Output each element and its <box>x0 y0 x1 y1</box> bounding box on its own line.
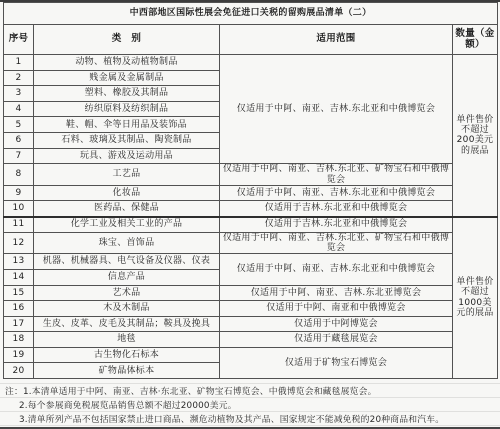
blank-row <box>0 367 500 384</box>
header-category: 类 别 <box>34 25 220 55</box>
header-scope: 适用范围 <box>220 25 453 55</box>
row-number-cell: 16 <box>4 301 34 317</box>
category-cell: 机器、机械器具、电气设备及仪器、仪表 <box>34 254 220 270</box>
scope-cell: 仅适用于吉林.东北亚和中俄博览会 <box>220 217 453 233</box>
row-number-cell: 1 <box>4 55 34 71</box>
row-number-cell: 15 <box>4 285 34 301</box>
row-number-cell: 10 <box>4 201 34 217</box>
footnotes: 注：1.本清单适用于中阿、南亚、吉林·东北亚、矿物宝石博览会、中俄博览会和藏毯展… <box>0 367 500 426</box>
table-row: 13 机器、机械器具、电气设备及仪器、仪表 仅适用于中阿、南亚、吉林.东北亚和中… <box>4 254 498 270</box>
table-row: 11 化学工业及相关工业的产品 仅适用于吉林.东北亚和中俄博览会 单件售价不超过… <box>4 217 498 233</box>
scope-cell: 仅适用于中阿、南亚、吉林.东北亚、矿物宝石和中俄博览会 <box>220 232 453 254</box>
row-number-cell: 11 <box>4 217 34 233</box>
category-cell: 化妆品 <box>34 185 220 201</box>
category-cell: 鞋、帽、伞等日用品及装饰品 <box>34 117 220 133</box>
row-number-cell: 3 <box>4 86 34 102</box>
quantity-cell: 单件售价不超过1000美元的展品 <box>453 217 498 379</box>
row-number-cell: 7 <box>4 148 34 164</box>
table-row: 9 化妆品 仅适用于中阿、南亚、吉林.东北亚和中俄博览会 <box>4 185 498 201</box>
row-number-cell: 6 <box>4 132 34 148</box>
category-cell: 石料、玻璃及其制品、陶瓷制品 <box>34 132 220 148</box>
page-title: 中西部地区国际性展会免征进口关税的留购展品清单（二） <box>4 3 498 25</box>
table-header-row: 序号 类 别 适用范围 数量（金额） <box>4 25 498 55</box>
row-number-cell: 12 <box>4 232 34 254</box>
scope-cell: 仅适用于吉林.东北亚和中俄博览会 <box>220 201 453 217</box>
document-page: 中西部地区国际性展会免征进口关税的留购展品清单（二） 序号 类 别 适用范围 数… <box>0 0 500 429</box>
row-number-cell: 17 <box>4 316 34 332</box>
category-cell: 动物、植物及动植物制品 <box>34 55 220 71</box>
category-cell: 纺织原料及纺织制品 <box>34 101 220 117</box>
scope-cell: 仅适用于中阿、南亚和中俄博览会 <box>220 301 453 317</box>
table-row: 8 工艺品 仅适用于中阿、南亚、吉林.东北亚、矿物宝石和中俄博览会 <box>4 164 498 186</box>
scope-cell: 仅适用于中阿、南亚、吉林.东北亚和中俄博览会 <box>220 254 453 285</box>
row-number-cell: 13 <box>4 254 34 270</box>
row-number-cell: 9 <box>4 185 34 201</box>
category-cell: 塑料、橡胶及其制品 <box>34 86 220 102</box>
category-cell: 地毯 <box>34 332 220 348</box>
table-row: 15 艺术品 仅适用于中阿、南亚、吉林.东北亚博览会 <box>4 285 498 301</box>
scope-cell: 仅适用于中阿、南亚、吉林.东北亚博览会 <box>220 285 453 301</box>
row-number-cell: 4 <box>4 101 34 117</box>
header-qty: 数量（金额） <box>453 25 498 55</box>
exhibition-items-table: 中西部地区国际性展会免征进口关税的留购展品清单（二） 序号 类 别 适用范围 数… <box>3 2 498 379</box>
scope-cell: 仅适用于藏毯展览会 <box>220 332 453 348</box>
title-row: 中西部地区国际性展会免征进口关税的留购展品清单（二） <box>4 3 498 25</box>
footnote-2: 2.每个参展商免税展览品销售总额不超过20000美元。 <box>0 398 500 412</box>
category-cell: 木及木制品 <box>34 301 220 317</box>
row-number-cell: 18 <box>4 332 34 348</box>
row-number-cell: 5 <box>4 117 34 133</box>
row-number-cell: 2 <box>4 70 34 86</box>
category-cell: 珠宝、首饰品 <box>34 232 220 254</box>
row-number-cell: 19 <box>4 347 34 363</box>
scope-cell: 仅适用于中阿、南亚、吉林.东北亚、矿物宝石和中俄博览会 <box>220 164 453 186</box>
footnote-1: 注：1.本清单适用于中阿、南亚、吉林·东北亚、矿物宝石博览会、中俄博览会和藏毯展… <box>0 384 500 398</box>
table-row: 18 地毯 仅适用于藏毯展览会 <box>4 332 498 348</box>
category-cell: 古生物化石标本 <box>34 347 220 363</box>
scope-cell: 仅适用于中阿博览会 <box>220 316 453 332</box>
category-cell: 医药品、保健品 <box>34 201 220 217</box>
category-cell: 生皮、皮革、皮毛及其制品；鞍具及挽具 <box>34 316 220 332</box>
category-cell: 工艺品 <box>34 164 220 186</box>
category-cell: 玩具、游戏及运动用品 <box>34 148 220 164</box>
table-row: 12 珠宝、首饰品 仅适用于中阿、南亚、吉林.东北亚、矿物宝石和中俄博览会 <box>4 232 498 254</box>
quantity-cell: 单件售价不超过200美元的展品 <box>453 55 498 217</box>
table-row: 17 生皮、皮革、皮毛及其制品；鞍具及挽具 仅适用于中阿博览会 <box>4 316 498 332</box>
table-row: 19 古生物化石标本 仅适用于矿物宝石博览会 <box>4 347 498 363</box>
category-cell: 艺术品 <box>34 285 220 301</box>
row-number-cell: 8 <box>4 164 34 186</box>
scope-cell: 仅适用于中阿、南亚、吉林.东北亚和中俄博览会 <box>220 55 453 164</box>
table-row: 1 动物、植物及动植物制品 仅适用于中阿、南亚、吉林.东北亚和中俄博览会 单件售… <box>4 55 498 71</box>
category-cell: 化学工业及相关工业的产品 <box>34 217 220 233</box>
category-cell: 贱金属及金属制品 <box>34 70 220 86</box>
table-row: 16 木及木制品 仅适用于中阿、南亚和中俄博览会 <box>4 301 498 317</box>
header-no: 序号 <box>4 25 34 55</box>
scope-cell: 仅适用于中阿、南亚、吉林.东北亚和中俄博览会 <box>220 185 453 201</box>
category-cell: 信息产品 <box>34 269 220 285</box>
footnote-3: 3.清单所列产品不包括国家禁止进口商品、濒危动植物及其产品、国家规定不能减免税的… <box>0 412 500 426</box>
row-number-cell: 14 <box>4 269 34 285</box>
table-row: 10 医药品、保健品 仅适用于吉林.东北亚和中俄博览会 <box>4 201 498 217</box>
